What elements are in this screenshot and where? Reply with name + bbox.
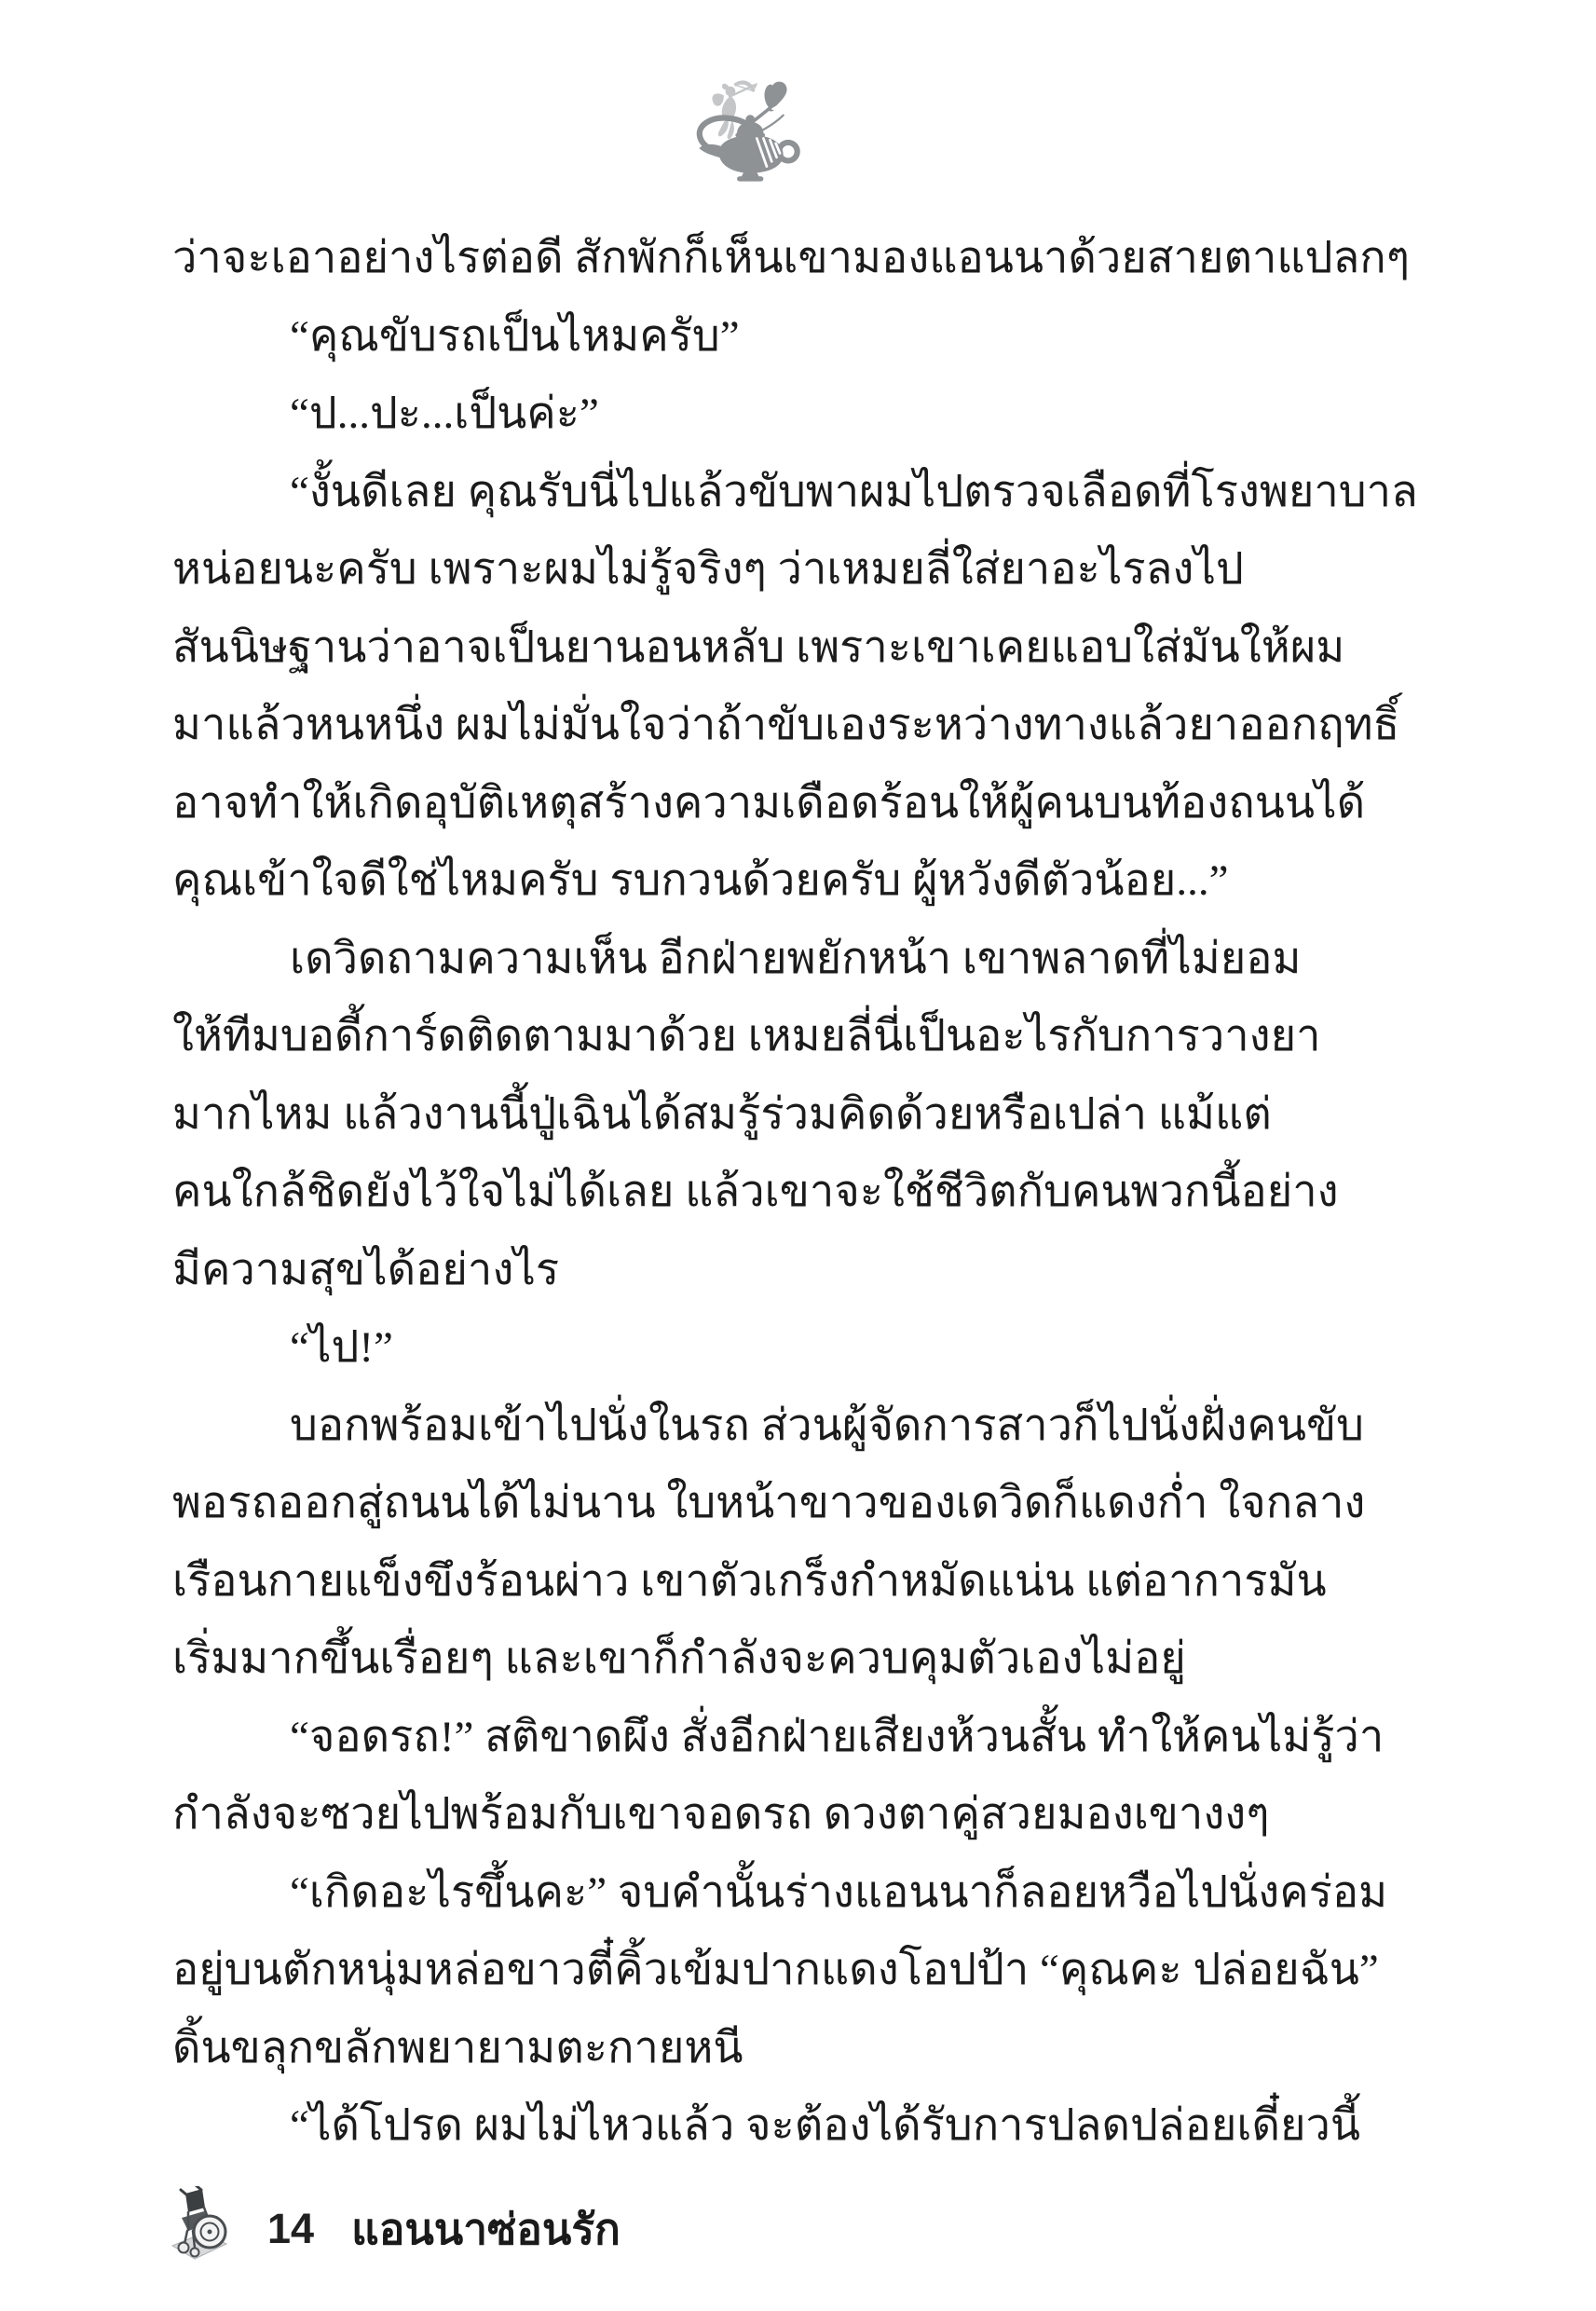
- text-line: ดิ้นขลุกขลักพยายามตะกายหนี: [172, 2010, 1432, 2088]
- text-line: เดวิดถามความเห็น อีกฝ่ายพยักหน้า เขาพลาด…: [172, 921, 1432, 999]
- text-line: ให้ทีมบอดี้การ์ดติดตามมาด้วย เหมยลี่นี่เ…: [172, 998, 1432, 1076]
- text-line: “เกิดอะไรขึ้นคะ” จบคำนั้นร่างแอนนาก็ลอยห…: [172, 1854, 1432, 1933]
- text-line: มากไหม แล้วงานนี้ปู่เฉินได้สมรู้ร่วมคิดด…: [172, 1076, 1432, 1155]
- text-line: เรือนกายแข็งขึงร้อนผ่าว เขาตัวเกร็งกำหมั…: [172, 1543, 1432, 1621]
- text-line: “ไป!”: [172, 1309, 1432, 1388]
- text-line: “ได้โปรด ผมไม่ไหวแล้ว จะต้องได้รับการปลด…: [172, 2087, 1432, 2166]
- text-line: อยู่บนตักหนุ่มหล่อขาวตี๋คิ้วเข้มปากแดงโอ…: [172, 1932, 1432, 2010]
- text-line: “จอดรถ!” สติขาดผึง สั่งอีกฝ่ายเสียงห้วนส…: [172, 1699, 1432, 1777]
- text-line: มีความสุขได้อย่างไร: [172, 1232, 1432, 1310]
- text-line: อาจทำให้เกิดอุบัติเหตุสร้างความเดือดร้อน…: [172, 765, 1432, 843]
- text-line: คนใกล้ชิดยังไว้ใจไม่ได้เลย แล้วเขาจะใช้ช…: [172, 1154, 1432, 1232]
- page-number: 14: [267, 2205, 314, 2253]
- text-line: กำลังจะซวยไปพร้อมกับเขาจอดรถ ดวงตาคู่สวย…: [172, 1776, 1432, 1854]
- text-line: สันนิษฐานว่าอาจเป็นยานอนหลับ เพราะเขาเคย…: [172, 609, 1432, 688]
- book-title: แอนนาซ่อนรัก: [351, 2195, 621, 2263]
- text-line: หน่อยนะครับ เพราะผมไม่รู้จริงๆ ว่าเหมยลี…: [172, 531, 1432, 609]
- text-line: “คุณขับรถเป็นไหมครับ”: [172, 298, 1432, 376]
- text-line: มาแล้วหนหนึ่ง ผมไม่มั่นใจว่าถ้าขับเองระห…: [172, 687, 1432, 765]
- text-line: ว่าจะเอาอย่างไรต่อดี สักพักก็เห็นเขามองแ…: [172, 220, 1432, 298]
- text-line: “ป...ปะ...เป็นค่ะ”: [172, 376, 1432, 454]
- text-line: คุณเข้าใจดีใช่ไหมครับ รบกวนด้วยครับ ผู้ห…: [172, 842, 1432, 921]
- text-line: เริ่มมากขึ้นเรื่อยๆ และเขาก็กำลังจะควบคุ…: [172, 1620, 1432, 1699]
- heart-shape: [764, 82, 786, 108]
- genie-lamp-cupid-icon: [694, 73, 810, 183]
- body-text: ว่าจะเอาอย่างไรต่อดี สักพักก็เห็นเขามองแ…: [172, 220, 1432, 2166]
- book-page: ว่าจะเอาอย่างไรต่อดี สักพักก็เห็นเขามองแ…: [0, 0, 1596, 2311]
- text-line: “งั้นดีเลย คุณรับนี่ไปแล้วขับพาผมไปตรวจเ…: [172, 454, 1432, 532]
- page-footer: 14 แอนนาซ่อนรัก: [169, 2182, 621, 2276]
- text-line: บอกพร้อมเข้าไปนั่งในรถ ส่วนผู้จัดการสาวก…: [172, 1388, 1432, 1466]
- wheelchair-icon: [169, 2186, 230, 2272]
- text-line: พอรถออกสู่ถนนได้ไม่นาน ใบหน้าขาวของเดวิด…: [172, 1465, 1432, 1543]
